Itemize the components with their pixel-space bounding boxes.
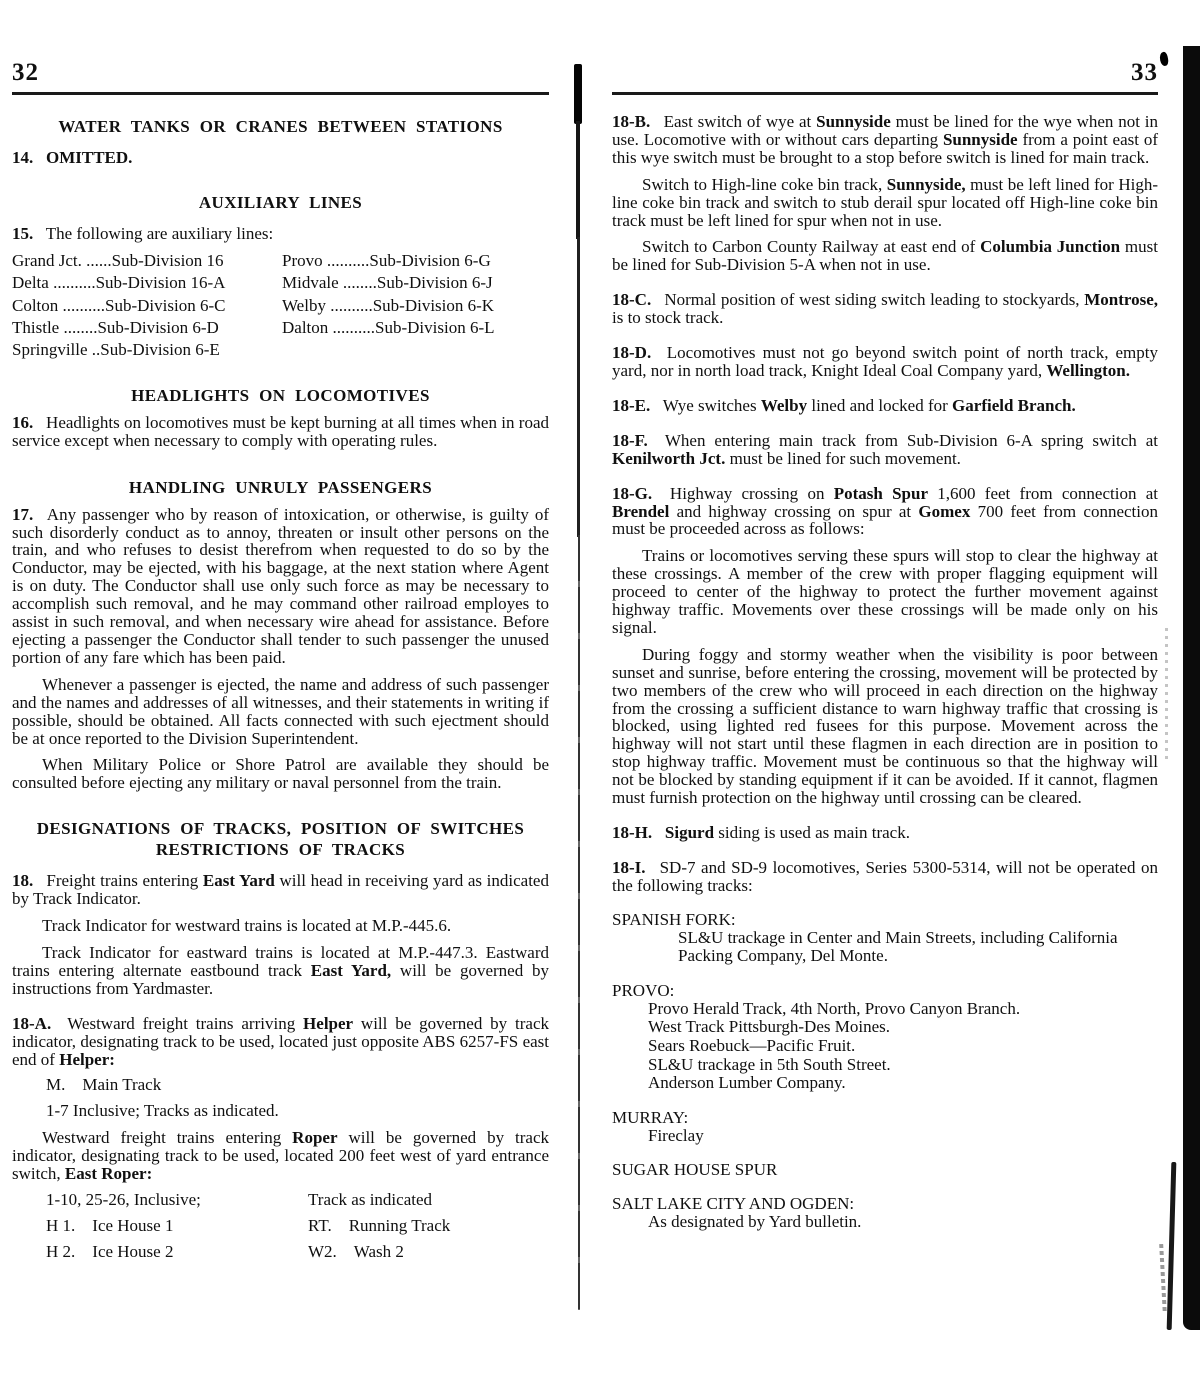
list-item: Grand Jct. ......Sub-Division 16: [12, 250, 282, 272]
list-item: SL&U trackage in 5th South Street.: [648, 1056, 1158, 1075]
para-18b-highline-coke: Switch to High-line coke bin track, Sunn…: [612, 176, 1158, 230]
binding-gutter-shadow-mid: [577, 237, 580, 537]
scan-ink-mark: [1159, 51, 1170, 66]
heading-water-tanks: WATER TANKS OR CRANES BETWEEN STATIONS: [12, 117, 549, 137]
location-items: As designated by Yard bulletin.: [612, 1213, 1158, 1232]
left-page: 32 WATER TANKS OR CRANES BETWEEN STATION…: [12, 58, 549, 1261]
location-spanish-fork: SPANISH FORK: SL&U trackage in Center an…: [612, 911, 1158, 966]
location-murray: MURRAY: Fireclay: [612, 1109, 1158, 1146]
scan-edge-streak-tail: [1167, 1162, 1177, 1330]
auxiliary-column-right: Provo ..........Sub-Division 6-GMidvale …: [282, 250, 549, 362]
list-item: Fireclay: [648, 1127, 1158, 1146]
location-name: SALT LAKE CITY AND OGDEN:: [612, 1195, 1158, 1213]
para-18g-potash-spur: 18-G. Highway crossing on Potash Spur 1,…: [612, 485, 1158, 539]
binding-gutter-shadow-lower: [578, 535, 580, 1310]
location-sugar-house-spur: SUGAR HOUSE SPUR: [612, 1161, 1158, 1179]
location-name: SPANISH FORK:: [612, 911, 1158, 929]
list-item: Dalton ..........Sub-Division 6-L: [282, 317, 549, 339]
table-cell: H 1. Ice House 1: [46, 1217, 308, 1235]
heading-headlights: HEADLIGHTS ON LOCOMOTIVES: [12, 386, 549, 406]
table-cell: W2. Wash 2: [308, 1243, 404, 1261]
para-18h-sigurd: 18-H. Sigurd siding is used as main trac…: [612, 824, 1158, 842]
header-rule-left: [12, 92, 549, 95]
list-item: Provo Herald Track, 4th North, Provo Can…: [648, 1000, 1158, 1019]
para-15-intro: 15. The following are auxiliary lines:: [12, 225, 549, 243]
location-items: SL&U trackage in Center and Main Streets…: [612, 929, 1158, 966]
binding-gutter-shadow-upper: [576, 121, 580, 239]
table-cell: 1-10, 25-26, Inclusive;: [46, 1191, 308, 1209]
location-items: Provo Herald Track, 4th North, Provo Can…: [612, 1000, 1158, 1093]
table-cell: Track as indicated: [308, 1191, 432, 1209]
table-row: H 1. Ice House 1RT. Running Track: [46, 1217, 549, 1235]
list-item: Springville ..Sub-Division 6-E: [12, 339, 282, 361]
para-18a-helper: 18-A. Westward freight trains arriving H…: [12, 1015, 549, 1069]
para-18f-kenilworth: 18-F. When entering main track from Sub-…: [612, 432, 1158, 468]
para-17-whenever-ejected: Whenever a passenger is ejected, the nam…: [12, 676, 549, 748]
para-17-military-police: When Military Police or Shore Patrol are…: [12, 756, 549, 792]
roper-track-table: 1-10, 25-26, Inclusive;Track as indicate…: [46, 1191, 549, 1261]
para-westward-track-indicator: Track Indicator for westward trains is l…: [12, 917, 549, 935]
para-18d-wellington: 18-D. Locomotives must not go beyond swi…: [612, 344, 1158, 380]
location-name: MURRAY:: [612, 1109, 1158, 1127]
heading-designations-line2: RESTRICTIONS OF TRACKS: [12, 839, 549, 860]
list-item: Midvale ........Sub-Division 6-J: [282, 272, 549, 294]
para-18b-sunnyside: 18-B. East switch of wye at Sunnyside mu…: [612, 113, 1158, 167]
para-16-headlights: 16. Headlights on locomotives must be ke…: [12, 414, 549, 450]
location-name: SUGAR HOUSE SPUR: [612, 1161, 1158, 1179]
location-salt-lake-ogden: SALT LAKE CITY AND OGDEN: As designated …: [612, 1195, 1158, 1232]
list-item: M. Main Track: [46, 1076, 549, 1094]
list-item: As designated by Yard bulletin.: [648, 1213, 1158, 1232]
auxiliary-column-left: Grand Jct. ......Sub-Division 16Delta ..…: [12, 250, 282, 362]
table-cell: H 2. Ice House 2: [46, 1243, 308, 1261]
header-rule-right: [612, 92, 1158, 95]
para-eastward-track-indicator: Track Indicator for eastward trains is l…: [12, 944, 549, 998]
scan-edge-speckle: [1165, 628, 1168, 760]
para-18c-montrose: 18-C. Normal position of west siding swi…: [612, 291, 1158, 327]
table-cell: RT. Running Track: [308, 1217, 450, 1235]
helper-track-list: M. Main Track1-7 Inclusive; Tracks as in…: [46, 1076, 549, 1120]
page-number-right: 33: [612, 58, 1158, 88]
list-item: SL&U trackage in Center and Main Streets…: [678, 929, 1158, 966]
para-18e-welby: 18-E. Wye switches Welby lined and locke…: [612, 397, 1158, 415]
heading-unruly-passengers: HANDLING UNRULY PASSENGERS: [12, 478, 549, 498]
list-item: Provo ..........Sub-Division 6-G: [282, 250, 549, 272]
para-17-unruly: 17. Any passenger who by reason of intox…: [12, 506, 549, 667]
list-item: Sears Roebuck—Pacific Fruit.: [648, 1037, 1158, 1056]
scan-edge-bar: [1183, 46, 1200, 1330]
auxiliary-lines-table: Grand Jct. ......Sub-Division 16Delta ..…: [12, 250, 549, 362]
scan-edge-speckle-bottom: [1159, 1244, 1167, 1314]
para-18g-trains-stop: Trains or locomotives serving these spur…: [612, 547, 1158, 637]
binding-gutter-shadow-top: [574, 64, 582, 124]
list-item: Thistle ........Sub-Division 6-D: [12, 317, 282, 339]
para-18g-foggy-weather: During foggy and stormy weather when the…: [612, 646, 1158, 807]
heading-auxiliary-lines: AUXILIARY LINES: [12, 193, 549, 213]
para-18-east-yard: 18. Freight trains entering East Yard wi…: [12, 872, 549, 908]
list-item: Delta ..........Sub-Division 16-A: [12, 272, 282, 294]
para-18i-sd-locomotives: 18-I. SD-7 and SD-9 locomotives, Series …: [612, 859, 1158, 895]
page-number-left: 32: [12, 58, 549, 88]
location-items: Fireclay: [612, 1127, 1158, 1146]
table-row: 1-10, 25-26, Inclusive;Track as indicate…: [46, 1191, 549, 1209]
scanned-rulebook-spread: 32 WATER TANKS OR CRANES BETWEEN STATION…: [0, 0, 1200, 1400]
right-page: 33 18-B. East switch of wye at Sunnyside…: [612, 58, 1158, 1232]
table-row: H 2. Ice House 2W2. Wash 2: [46, 1243, 549, 1261]
list-item: 1-7 Inclusive; Tracks as indicated.: [46, 1102, 549, 1120]
list-item: Welby ..........Sub-Division 6-K: [282, 295, 549, 317]
location-name: PROVO:: [612, 982, 1158, 1000]
list-item: West Track Pittsburgh-Des Moines.: [648, 1018, 1158, 1037]
location-provo: PROVO: Provo Herald Track, 4th North, Pr…: [612, 982, 1158, 1093]
para-18b-carbon-county: Switch to Carbon County Railway at east …: [612, 238, 1158, 274]
para-roper: Westward freight trains entering Roper w…: [12, 1129, 549, 1183]
list-item: Anderson Lumber Company.: [648, 1074, 1158, 1093]
item-14-omitted: 14. OMITTED.: [12, 149, 549, 167]
list-item: Colton ..........Sub-Division 6-C: [12, 295, 282, 317]
heading-designations-line1: DESIGNATIONS OF TRACKS, POSITION OF SWIT…: [12, 818, 549, 839]
